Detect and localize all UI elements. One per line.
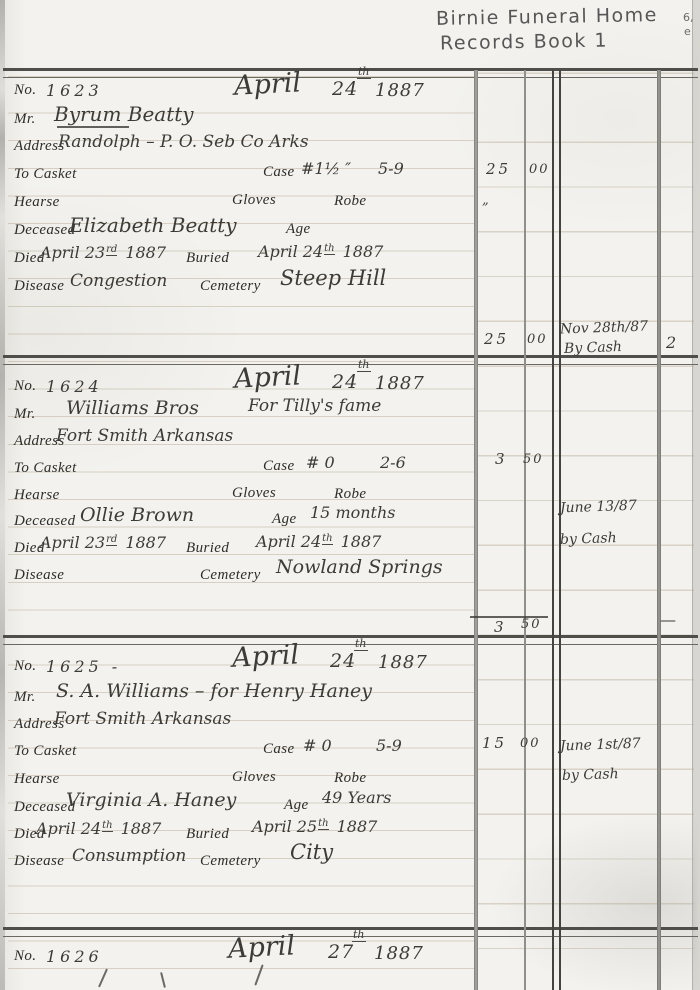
buried-date-year: 1887: [343, 242, 384, 261]
field-label-hearse: Hearse: [14, 771, 60, 788]
hearse-ditto-mark: „: [482, 193, 489, 208]
died-date-ordinal: rd: [106, 534, 117, 546]
scanned-ledger-page: { "header": { "line1": "Birnie Funeral H…: [0, 0, 700, 990]
payment-note-date: June 1st/87: [560, 736, 641, 755]
entry-date-ordinal: th: [357, 358, 371, 372]
died-date-main: April 24: [36, 819, 101, 838]
entry-date-month: April: [227, 930, 295, 964]
field-label-robe: Robe: [334, 770, 366, 787]
partial-pen-stroke: [160, 972, 166, 988]
field-label-mr: Mr.: [14, 406, 36, 423]
field-label-cemetery: Cemetery: [200, 853, 261, 870]
entry-date-day: 24: [330, 650, 356, 672]
field-label-case: Case: [263, 741, 295, 758]
total-dollars: 25: [484, 330, 509, 348]
field-label-disease: Disease: [14, 278, 64, 295]
entry-date-year: 1887: [375, 373, 425, 394]
cemetery-value: Nowland Springs: [276, 556, 443, 578]
purchaser-name: S. A. Williams – for Henry Haney: [56, 680, 372, 702]
casket-amount-cents: 50: [523, 452, 544, 467]
field-label-gloves: Gloves: [232, 769, 276, 786]
field-label-disease: Disease: [14, 853, 64, 870]
ledger-entry-1625: No. 1625 - April 24 th 1887 Mr. S. A. Wi…: [0, 640, 700, 927]
margin-dash: —: [660, 610, 676, 629]
total-dollars: 3: [494, 618, 507, 636]
field-label-to-casket: To Casket: [14, 166, 77, 183]
corner-mark-bottom: e: [684, 25, 691, 38]
deceased-name: Ollie Brown: [80, 504, 194, 526]
casket-amount-dollars: 3: [495, 450, 508, 468]
address-value: Fort Smith Arkansas: [54, 709, 231, 729]
buried-date-year: 1887: [341, 532, 382, 551]
buried-date-ordinal: th: [324, 243, 334, 255]
buried-date: April 24th1887: [258, 242, 383, 261]
partial-pen-stroke: [254, 964, 263, 985]
partial-pen-stroke: [98, 968, 108, 987]
buried-date: April 24th1887: [256, 532, 381, 551]
buried-date-ordinal: th: [318, 818, 328, 830]
buried-date-main: April 24: [256, 532, 321, 551]
deceased-name: Virginia A. Haney: [66, 789, 236, 811]
died-date-year: 1887: [125, 533, 166, 552]
field-label-buried: Buried: [186, 826, 229, 843]
field-label-buried: Buried: [186, 250, 229, 267]
field-label-case: Case: [263, 164, 295, 181]
purchaser-name: Byrum Beatty: [54, 102, 194, 126]
field-label-robe: Robe: [334, 193, 366, 210]
field-label-deceased: Deceased: [14, 222, 76, 239]
buried-date-main: April 25: [252, 817, 317, 836]
field-label-no: No.: [14, 82, 36, 99]
payment-note-method: by Cash: [560, 530, 617, 548]
casket-amount-cents: 00: [520, 736, 541, 751]
deceased-name: Elizabeth Beatty: [69, 213, 237, 237]
casket-amount-dollars: 25: [486, 160, 511, 178]
entry-number: 1625 -: [46, 657, 121, 676]
entry-date-month: April: [233, 67, 301, 101]
field-label-mr: Mr.: [14, 111, 36, 128]
total-cents: 00: [527, 332, 548, 347]
entry-number: 1626: [46, 947, 103, 966]
died-date-main: April 23: [40, 243, 105, 262]
field-label-hearse: Hearse: [14, 487, 60, 504]
buried-date-main: April 24: [258, 242, 323, 261]
margin-amount: 2: [666, 333, 676, 352]
cemetery-value: Steep Hill: [280, 266, 386, 290]
entry-date-day: 27: [328, 941, 354, 963]
casket-amount-cents: 00: [529, 162, 550, 177]
field-label-age: Age: [284, 797, 309, 814]
field-label-mr: Mr.: [14, 689, 36, 706]
field-label-no: No.: [14, 658, 36, 675]
died-date-main: April 23: [40, 533, 105, 552]
entry-date-month: April: [233, 360, 301, 394]
field-label-robe: Robe: [334, 486, 366, 503]
died-date-ordinal: th: [102, 820, 112, 832]
died-date: April 23rd1887: [40, 243, 166, 262]
field-label-disease: Disease: [14, 567, 64, 584]
address-value: Fort Smith Arkansas: [56, 426, 233, 446]
case-size: 5-9: [378, 159, 404, 178]
case-size: 2-6: [380, 453, 406, 472]
entry-date-ordinal: th: [357, 65, 371, 79]
entry-date-day: 24: [332, 371, 358, 393]
buried-date-year: 1887: [337, 817, 378, 836]
case-number: # 0: [306, 453, 335, 472]
payment-note-method: by Cash: [562, 766, 619, 784]
payment-note-date: Nov 28th/87: [560, 318, 649, 337]
field-label-age: Age: [272, 511, 297, 528]
case-number: # 0: [303, 736, 332, 755]
buried-date: April 25th1887: [252, 817, 377, 836]
died-date: April 23rd1887: [40, 533, 166, 552]
purchaser-name: Williams Bros: [66, 397, 199, 419]
field-label-to-casket: To Casket: [14, 460, 77, 477]
cemetery-value: City: [290, 840, 333, 864]
field-label-gloves: Gloves: [232, 192, 276, 209]
died-date-year: 1887: [125, 243, 166, 262]
entry-date-month: April: [231, 639, 299, 673]
field-label-cemetery: Cemetery: [200, 567, 261, 584]
age-value: 15 months: [310, 503, 396, 522]
total-cents: 50: [521, 617, 542, 632]
field-label-deceased: Deceased: [14, 513, 76, 530]
ledger-entry-1626: No. 1626 April 27 th 1887: [0, 932, 700, 990]
disease-value: Congestion: [70, 271, 167, 291]
field-label-cemetery: Cemetery: [200, 278, 261, 295]
field-label-no: No.: [14, 948, 36, 965]
disease-value: Consumption: [72, 846, 186, 866]
died-date-ordinal: rd: [106, 244, 117, 256]
field-label-gloves: Gloves: [232, 485, 276, 502]
field-label-address: Address: [14, 138, 65, 155]
entry-date-year: 1887: [375, 80, 425, 101]
ledger-entry-1623: No. 1623 April 24 th 1887 Mr. Byrum Beat…: [0, 73, 700, 355]
case-number: #1½ ″: [301, 159, 351, 178]
payment-note-date: June 13/87: [560, 498, 637, 517]
entry-number: 1623: [46, 81, 103, 100]
entry-date-year: 1887: [374, 943, 424, 964]
ledger-entry-1624: No. 1624 April 24 th 1887 Mr. Williams B…: [0, 360, 700, 635]
address-value: Randolph – P. O. Seb Co Arks: [58, 132, 309, 152]
field-label-age: Age: [286, 221, 311, 238]
case-size: 5-9: [376, 736, 402, 755]
field-label-buried: Buried: [186, 540, 229, 557]
field-label-hearse: Hearse: [14, 194, 60, 211]
payment-note-method: By Cash: [564, 339, 622, 357]
buried-date-ordinal: th: [322, 533, 332, 545]
casket-amount-dollars: 15: [482, 734, 507, 752]
ink-underline: [57, 126, 129, 128]
book-title-line2: Records Book 1: [440, 30, 608, 55]
died-date-year: 1887: [121, 819, 162, 838]
purchaser-note: For Tilly's fame: [248, 396, 381, 416]
field-label-case: Case: [263, 458, 295, 475]
entry-date-day: 24: [332, 78, 358, 100]
entry-date-ordinal: th: [354, 637, 368, 651]
entry-date-year: 1887: [378, 652, 428, 673]
died-date: April 24th1887: [36, 819, 161, 838]
entry-number: 1624: [46, 377, 103, 396]
entry-date-ordinal: th: [352, 928, 366, 942]
field-label-to-casket: To Casket: [14, 743, 77, 760]
field-label-no: No.: [14, 378, 36, 395]
corner-mark-top: 6,: [683, 11, 694, 24]
age-value: 49 Years: [322, 788, 391, 807]
book-title-line1: Birnie Funeral Home: [436, 4, 658, 30]
